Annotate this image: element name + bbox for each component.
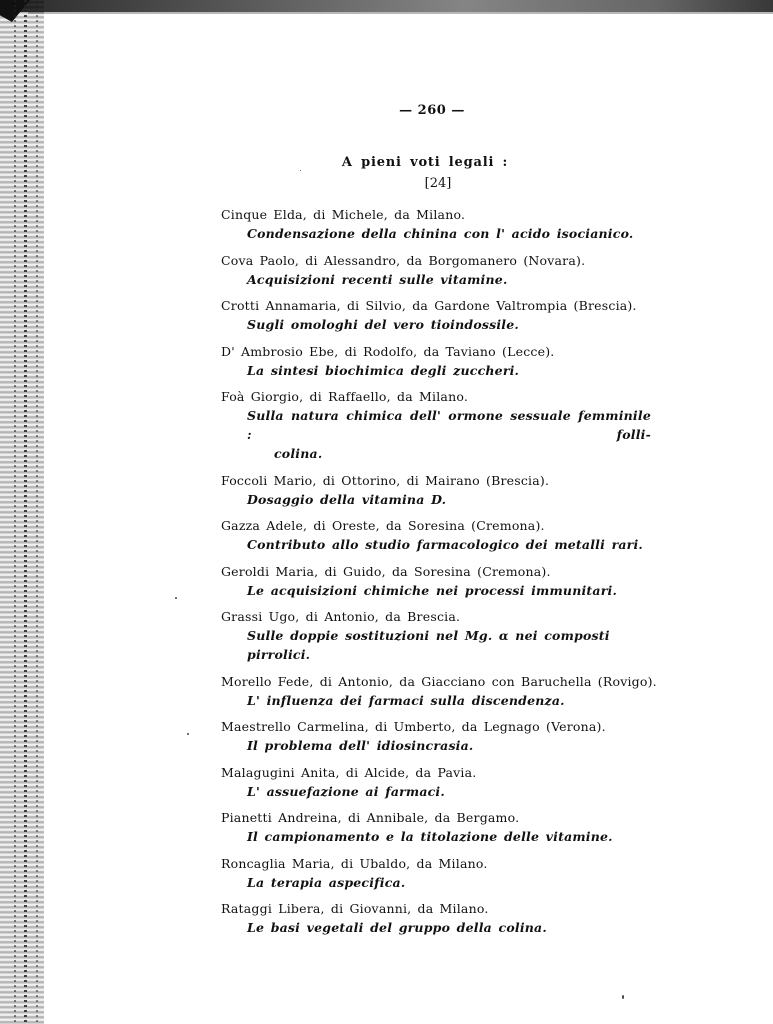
list-item: Geroldi Maria, di Guido, da Soresina (Cr…: [221, 562, 651, 600]
thesis-title: Sulla natura chimica dell' ormone sessua…: [221, 406, 651, 444]
list-item: Cova Paolo, di Alessandro, da Borgomaner…: [221, 251, 651, 289]
thesis-title: Le acquisizioni chimiche nei processi im…: [221, 581, 651, 600]
scan-speck: [175, 597, 177, 599]
thesis-title: Sulle doppie sostituzioni nel Mg. α nei …: [221, 626, 651, 664]
thesis-title: Acquisizioni recenti sulle vitamine.: [221, 270, 651, 289]
thesis-title: L' assuefazione ai farmaci.: [221, 782, 651, 801]
graduate-name: Grassi Ugo, di Antonio, da Brescia.: [221, 607, 651, 626]
graduate-name: Rataggi Libera, di Giovanni, da Milano.: [221, 899, 651, 918]
thesis-title: Condensazione della chinina con l' acido…: [221, 224, 651, 243]
graduate-name: Maestrello Carmelina, di Umberto, da Leg…: [221, 717, 651, 736]
list-item: Pianetti Andreina, di Annibale, da Berga…: [221, 808, 651, 846]
thesis-title: Il campionamento e la titolazione delle …: [221, 827, 651, 846]
scan-top-shadow: [0, 0, 773, 12]
graduate-name: Foà Giorgio, di Raffaello, da Milano.: [221, 387, 651, 406]
list-item: Foà Giorgio, di Raffaello, da Milano. Su…: [221, 387, 651, 463]
list-item: Gazza Adele, di Oreste, da Soresina (Cre…: [221, 516, 651, 554]
list-item: Rataggi Libera, di Giovanni, da Milano. …: [221, 899, 651, 937]
graduate-name: Geroldi Maria, di Guido, da Soresina (Cr…: [221, 562, 651, 581]
graduate-name: Foccoli Mario, di Ottorino, di Mairano (…: [221, 471, 651, 490]
graduate-name: D' Ambrosio Ebe, di Rodolfo, da Taviano …: [221, 342, 651, 361]
list-item: Crotti Annamaria, di Silvio, da Gardone …: [221, 296, 651, 334]
thesis-title: Contributo allo studio farmacologico dei…: [221, 535, 651, 554]
scan-top-rule: [28, 12, 773, 14]
thesis-title: L' influenza dei farmaci sulla discenden…: [221, 691, 651, 710]
list-item: Grassi Ugo, di Antonio, da Brescia. Sull…: [221, 607, 651, 664]
graduate-name: Roncaglia Maria, di Ubaldo, da Milano.: [221, 854, 651, 873]
section-count: [24]: [0, 176, 773, 191]
thesis-title: La sintesi biochimica degli zuccheri.: [221, 361, 651, 380]
graduate-name: Morello Fede, di Antonio, da Giacciano c…: [221, 672, 651, 691]
thesis-wrap-text: colina.: [247, 444, 651, 463]
thesis-title: Dosaggio della vitamina D.: [221, 490, 651, 509]
list-item: Malagugini Anita, di Alcide, da Pavia. L…: [221, 763, 651, 801]
page-number: — 260 —: [0, 103, 773, 118]
thesis-title: Il problema dell' idiosincrasia.: [221, 736, 651, 755]
graduate-name: Malagugini Anita, di Alcide, da Pavia.: [221, 763, 651, 782]
scan-speck: [187, 733, 189, 735]
graduate-name: Cova Paolo, di Alessandro, da Borgomaner…: [221, 251, 651, 270]
scan-speck: [300, 170, 301, 171]
binding-line: [24, 0, 27, 1024]
scan-binding-edge: [0, 0, 44, 1024]
list-item: D' Ambrosio Ebe, di Rodolfo, da Taviano …: [221, 342, 651, 380]
thesis-title: Le basi vegetali del gruppo della colina…: [221, 918, 651, 937]
list-item: Foccoli Mario, di Ottorino, di Mairano (…: [221, 471, 651, 509]
thesis-title: Sugli omologhi del vero tioindossile.: [221, 315, 651, 334]
graduate-name: Pianetti Andreina, di Annibale, da Berga…: [221, 808, 651, 827]
graduate-name: Cinque Elda, di Michele, da Milano.: [221, 205, 651, 224]
thesis-title: La terapia aspecifica.: [221, 873, 651, 892]
list-item: Morello Fede, di Antonio, da Giacciano c…: [221, 672, 651, 710]
list-item: Cinque Elda, di Michele, da Milano. Cond…: [221, 205, 651, 243]
graduate-list: Cinque Elda, di Michele, da Milano. Cond…: [221, 205, 651, 945]
list-item: Roncaglia Maria, di Ubaldo, da Milano. L…: [221, 854, 651, 892]
binding-line: [36, 0, 38, 1024]
binding-line: [14, 0, 16, 1024]
graduate-name: Gazza Adele, di Oreste, da Soresina (Cre…: [221, 516, 651, 535]
list-item: Maestrello Carmelina, di Umberto, da Leg…: [221, 717, 651, 755]
graduate-name: Crotti Annamaria, di Silvio, da Gardone …: [221, 296, 651, 315]
thesis-title-continuation: colina.: [221, 444, 651, 463]
section-title: A pieni voti legali :: [0, 155, 773, 170]
scan-speck: [622, 995, 624, 999]
